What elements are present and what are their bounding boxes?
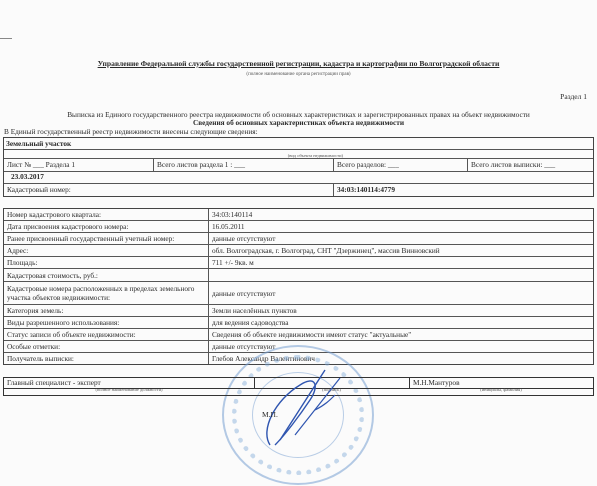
table-row: Виды разрешенного использования:для веде… xyxy=(4,317,593,329)
table-row: Кадастровые номера расположенных в преде… xyxy=(4,282,593,305)
row-value: Земли населённых пунктов xyxy=(209,305,593,316)
row-label: Кадастровая стоимость, руб.: xyxy=(4,269,209,281)
cadastral-number-row: Кадастровый номер: 34:03:140114:4779 xyxy=(4,183,593,196)
extract-subtitle: Сведения об основных характеристиках объ… xyxy=(0,118,597,127)
total-sheets: Всего листов выписки: ___ xyxy=(468,158,593,171)
row-label: Дата присвоения кадастрового номера: xyxy=(4,221,209,232)
total-sections: Всего разделов: ___ xyxy=(334,158,468,171)
row-label: Ранее присвоенный государственный учетны… xyxy=(4,233,209,244)
object-header-box: Земельный участок (вид объекта недвижимо… xyxy=(3,137,594,197)
row-label: Виды разрешенного использования: xyxy=(4,317,209,328)
row-value: для ведения садоводства xyxy=(209,317,593,328)
organization-caption: (полное наименование органа регистрации … xyxy=(0,72,597,77)
sheet-info-row: Лист № ___ Раздела 1 Всего листов раздел… xyxy=(4,158,593,172)
seal-mark: М.П. xyxy=(262,410,278,419)
table-row: Номер кадастрового квартала:34:03:140114 xyxy=(4,209,593,221)
table-row: Адрес:обл. Волгоградская, г. Волгоград, … xyxy=(4,245,593,257)
cadastral-number-value: 34:03:140114:4779 xyxy=(334,183,593,196)
table-row: Площадь:711 +/- 9кв. м xyxy=(4,257,593,269)
position-caption: (полное наименование должности) xyxy=(4,387,254,395)
sheet-number: Лист № ___ Раздела 1 xyxy=(4,158,154,171)
table-row: Категория земель:Земли населённых пункто… xyxy=(4,305,593,317)
row-label: Статус записи об объекте недвижимости: xyxy=(4,329,209,340)
name-caption: (инициалы, фамилия) xyxy=(409,387,593,395)
row-label: Адрес: xyxy=(4,245,209,256)
cadastral-number-label: Кадастровый номер: xyxy=(4,183,334,196)
row-label: Получатель выписки: xyxy=(4,353,209,364)
row-value: данные отсутствуют xyxy=(209,233,593,244)
table-row: Статус записи об объекте недвижимости:Св… xyxy=(4,329,593,341)
table-row: Ранее присвоенный государственный учетны… xyxy=(4,233,593,245)
table-row: Дата присвоения кадастрового номера:16.0… xyxy=(4,221,593,233)
row-value: 16.05.2011 xyxy=(209,221,593,232)
row-value: 711 +/- 9кв. м xyxy=(209,257,593,268)
row-label: Номер кадастрового квартала: xyxy=(4,209,209,220)
scan-artifact xyxy=(0,38,12,39)
row-value: Сведения об объекте недвижимости имеют с… xyxy=(209,329,593,340)
sheets-in-section: Всего листов раздела 1 : ___ xyxy=(154,158,334,171)
section-label: Раздел 1 xyxy=(560,92,587,101)
details-table: Номер кадастрового квартала:34:03:140114… xyxy=(3,208,594,365)
table-row: Кадастровая стоимость, руб.: xyxy=(4,269,593,282)
row-label: Площадь: xyxy=(4,257,209,268)
row-value: обл. Волгоградская, г. Волгоград, СНТ "Д… xyxy=(209,245,593,256)
row-value xyxy=(209,269,593,281)
row-value: данные отсутствуют xyxy=(209,282,593,304)
row-label: Особые отметки: xyxy=(4,341,209,352)
row-value: 34:03:140114 xyxy=(209,209,593,220)
organization-name: Управление Федеральной службы государств… xyxy=(0,59,597,68)
intro-text: В Единый государственный реестр недвижим… xyxy=(4,127,258,136)
row-label: Категория земель: xyxy=(4,305,209,316)
row-label: Кадастровые номера расположенных в преде… xyxy=(4,282,209,304)
